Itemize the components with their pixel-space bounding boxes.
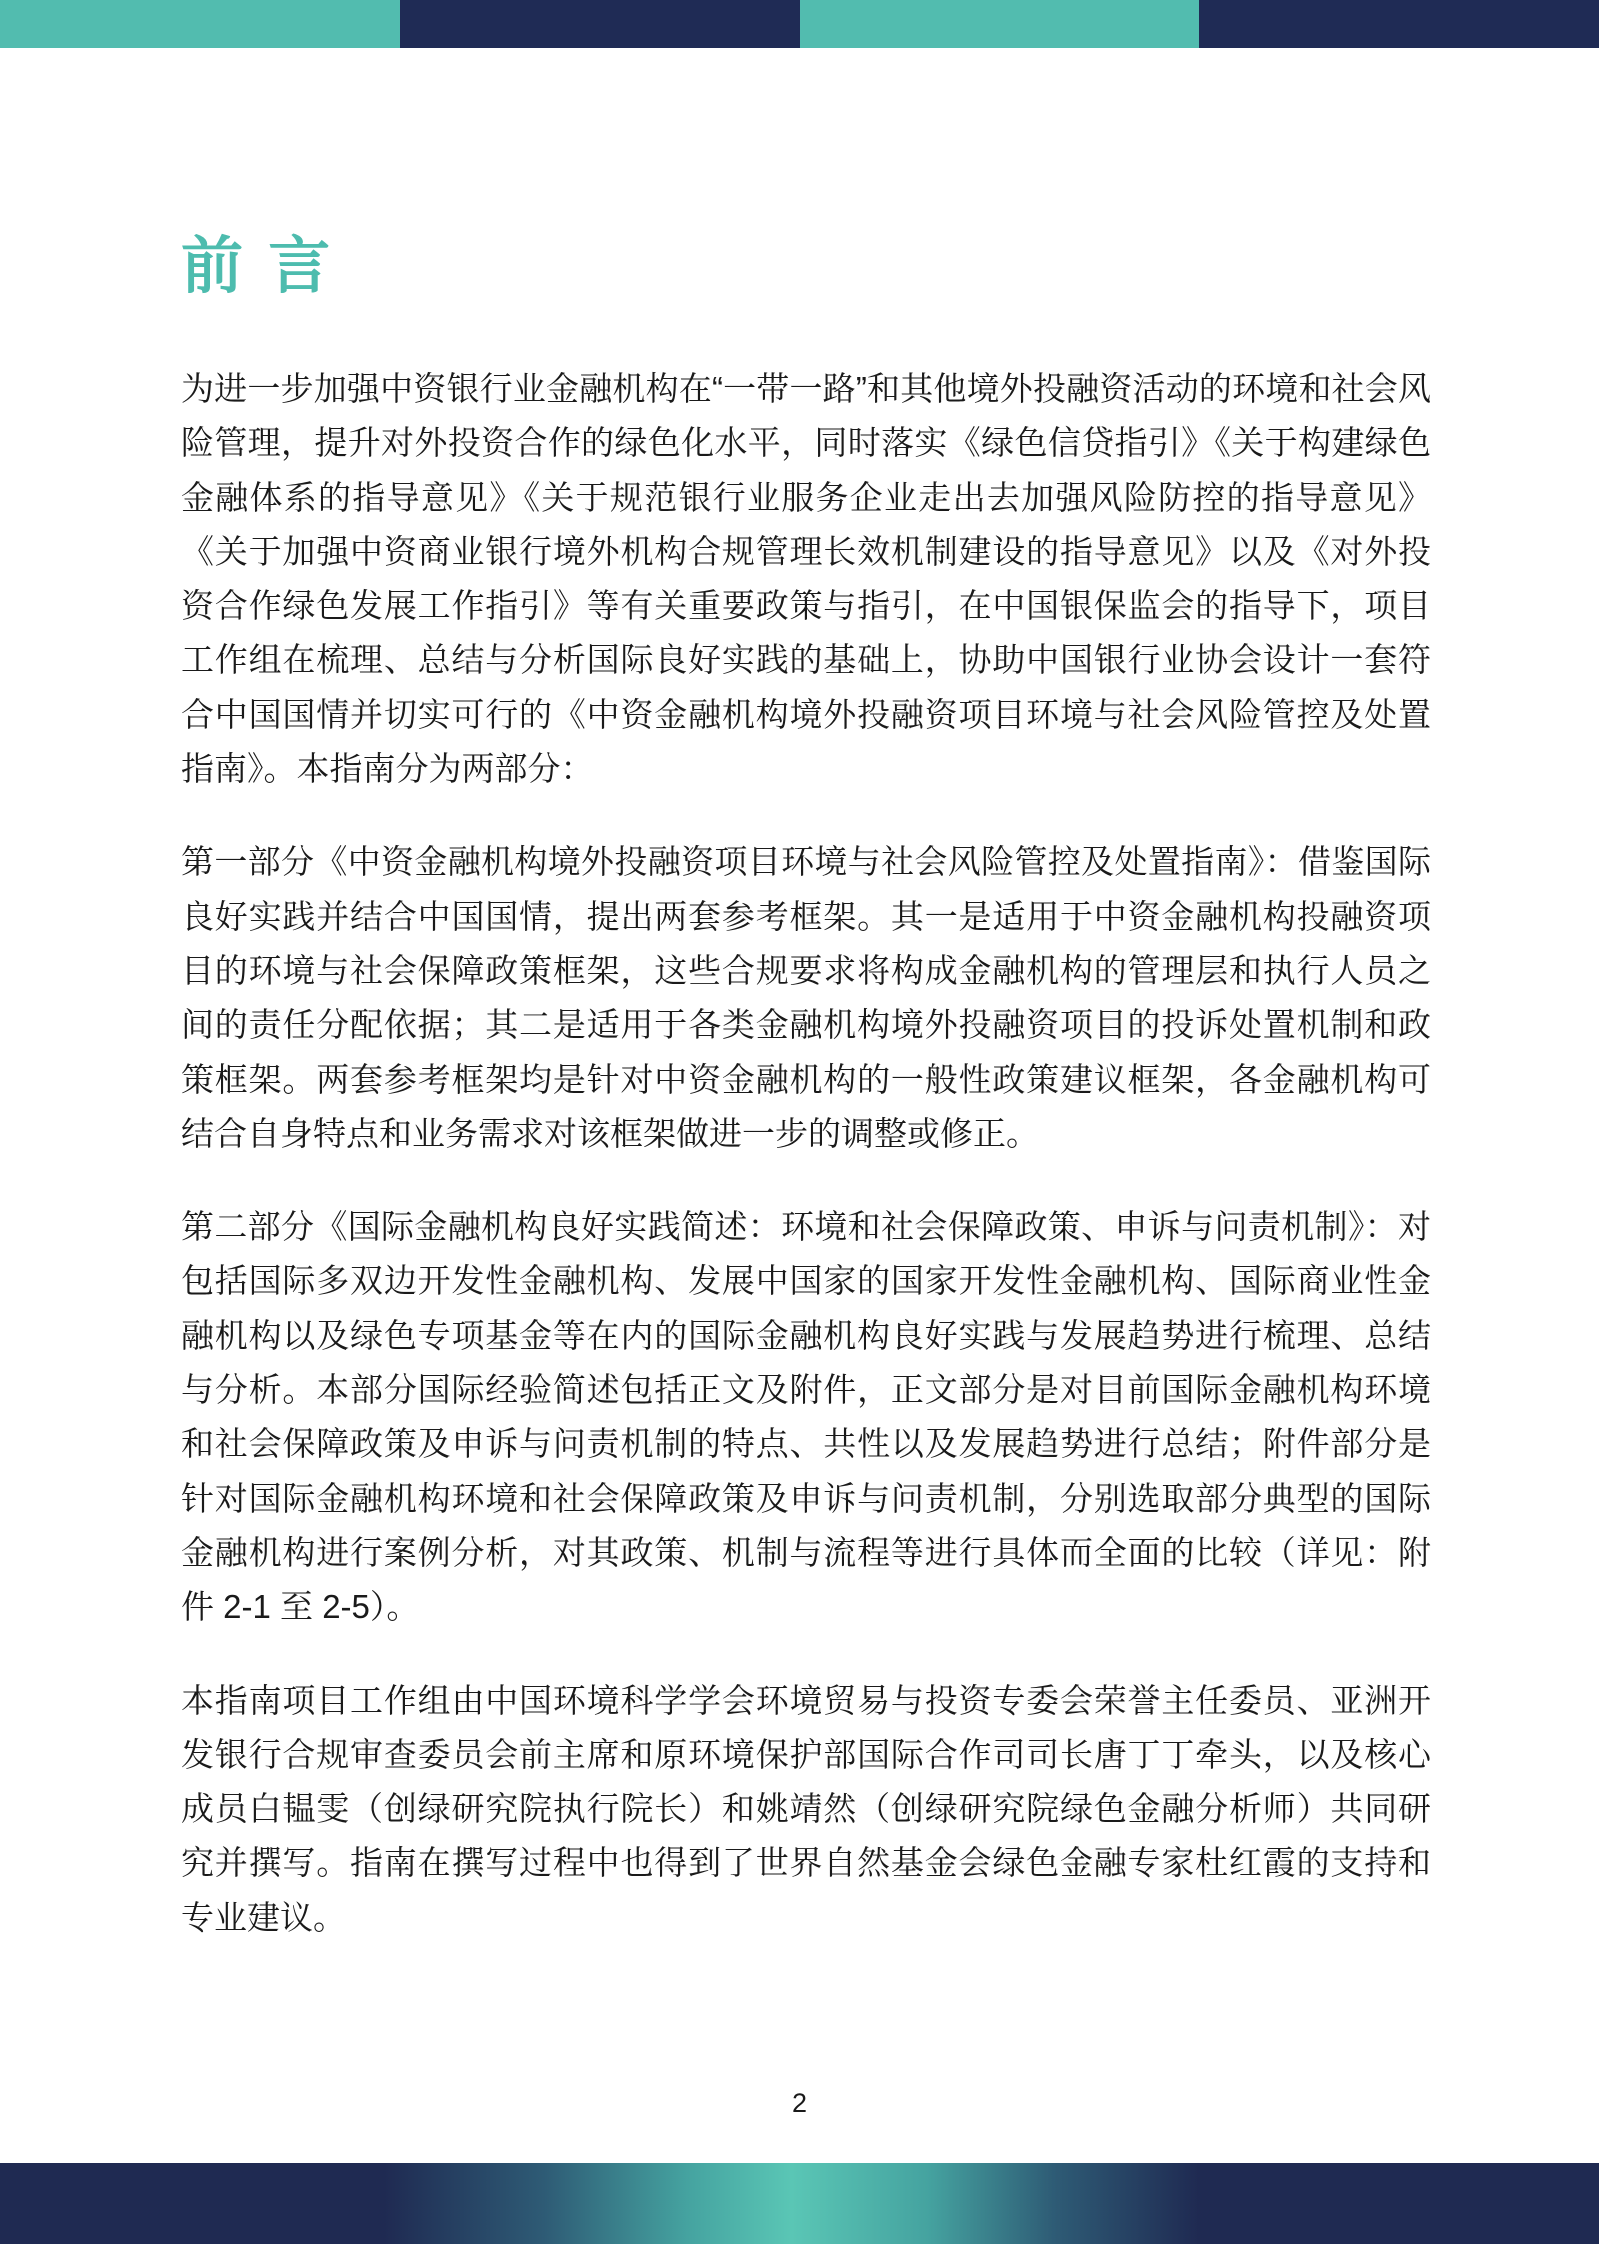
- top-band-segment-teal-1: [0, 0, 400, 48]
- preface-paragraph-1: 为进一步加强中资银行业金融机构在“一带一路”和其他境外投融资活动的环境和社会风险…: [181, 362, 1431, 796]
- preface-paragraph-3: 第二部分《国际金融机构良好实践简述：环境和社会保障政策、申诉与问责机制》：对包括…: [181, 1200, 1431, 1634]
- top-band-segment-navy-1: [400, 0, 800, 48]
- page-number: 2: [0, 2088, 1599, 2119]
- page-title: 前 言: [181, 234, 1431, 300]
- top-band-segment-navy-2: [1199, 0, 1599, 48]
- top-decor-band: [0, 0, 1599, 48]
- bottom-decor-band: [0, 2163, 1599, 2244]
- preface-paragraph-4: 本指南项目工作组由中国环境科学学会环境贸易与投资专委会荣誉主任委员、亚洲开发银行…: [181, 1674, 1431, 1945]
- top-band-segment-teal-2: [800, 0, 1200, 48]
- preface-paragraph-2: 第一部分《中资金融机构境外投融资项目环境与社会风险管控及处置指南》：借鉴国际良好…: [181, 835, 1431, 1161]
- page-content: 前 言 为进一步加强中资银行业金融机构在“一带一路”和其他境外投融资活动的环境和…: [181, 234, 1431, 1984]
